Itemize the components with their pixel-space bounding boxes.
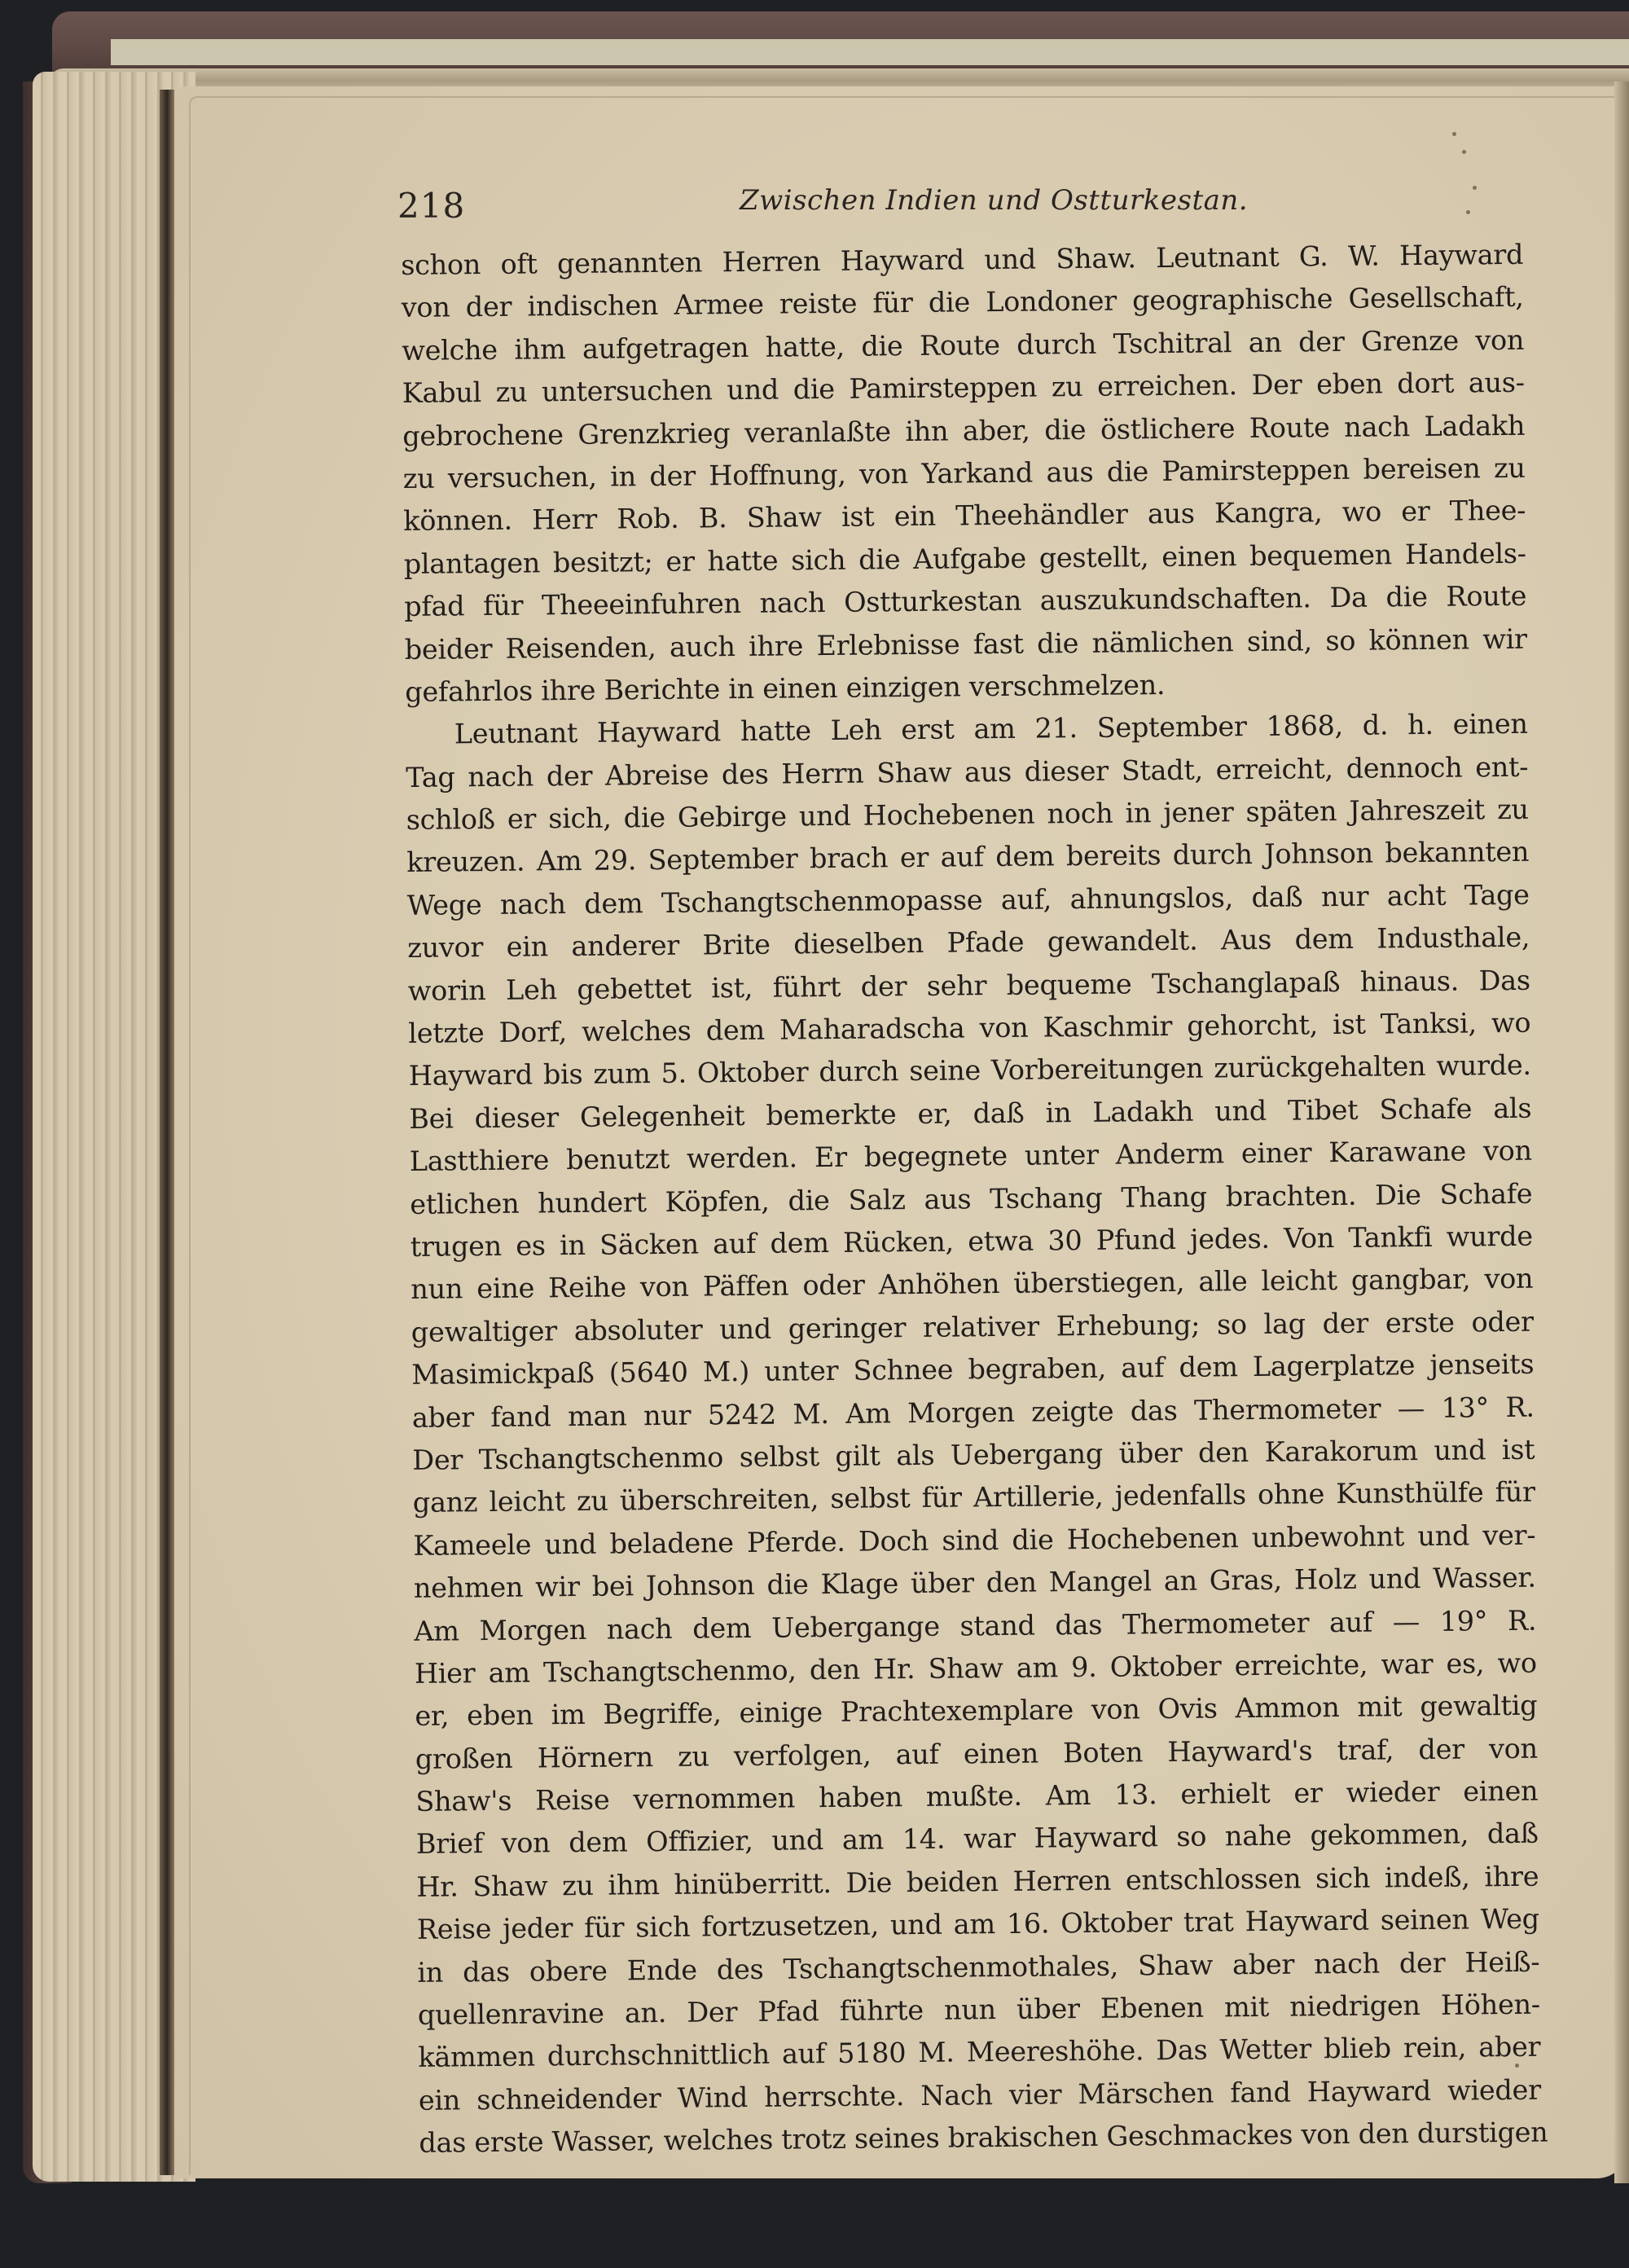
book-gutter-shadow xyxy=(160,90,174,2175)
paper-speck xyxy=(1462,150,1466,154)
body-text: schon oft genannten Herren Hayward und S… xyxy=(401,234,1542,2165)
paragraph: Leutnant Hayward hatte Leh erst am 21. S… xyxy=(406,703,1542,2165)
running-head: 218 Zwischen Indien und Ostturkestan. xyxy=(397,181,1473,230)
running-head-title: Zwischen Indien und Ostturkestan. xyxy=(740,184,1248,217)
paragraph: schon oft genannten Herren Hayward und S… xyxy=(401,234,1527,714)
paper-speck xyxy=(1452,132,1456,136)
endpaper-strip xyxy=(111,39,1629,65)
paper-speck xyxy=(1473,186,1477,190)
page-right-edge xyxy=(1614,81,1629,2183)
page-number: 218 xyxy=(397,186,465,226)
